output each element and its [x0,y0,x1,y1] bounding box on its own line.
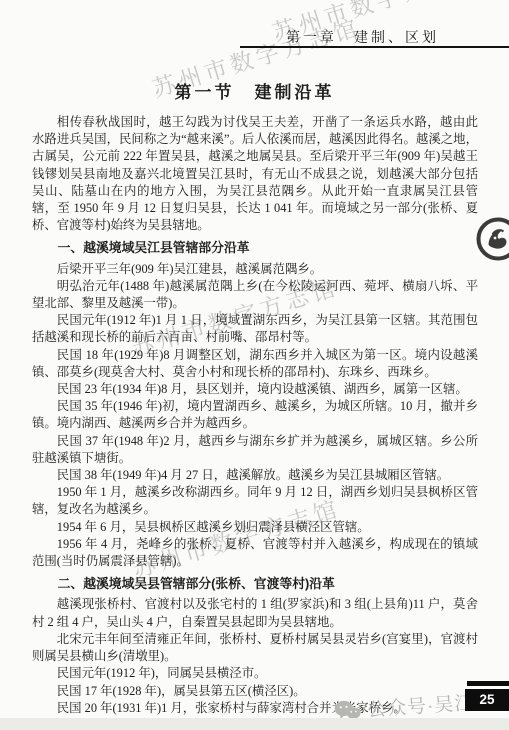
paragraph: 越溪现张桥村、官渡村以及张宅村的 1 组(罗家浜)和 3 组(上县角)11 户，… [32,596,478,630]
intro-paragraph: 相传春秋战国时，越王勾践为讨伐吴王夫差，开凿了一条运兵水路，越由此水路进兵吴国，… [32,114,478,234]
paragraph: 民国 35 年(1946 年)初，境内置湖西乡、越溪乡，为城区所辖。10 月，撤… [32,398,478,432]
chapter-running-head: 第一章 建制、区划 [286,27,439,47]
header-rule [240,46,509,48]
paragraph: 民国 38 年(1949 年)4 月 27 日，越溪解放。越溪乡为吴江县城厢区管… [32,467,478,484]
archive-seal-icon [475,216,509,262]
paragraph: 后梁开平三年(909 年)吴江建县，越溪属范隅乡。 [32,261,478,278]
page-title: 第一节 建制沿革 [0,78,509,103]
scan-edge-strip [0,718,509,730]
paragraph: 1950 年 1 月，越溪乡改称湖西乡。同年 9 月 12 日，湖西乡划归吴县枫… [32,484,478,518]
section-2-heading: 二、越溪境域吴县管辖部分(张桥、官渡等村)沿革 [32,575,478,592]
paragraph: 北宋元丰年间至清雍正年间，张桥村、夏桥村属吴县灵岩乡(宫宴里)，官渡村则属吴县横… [32,631,478,665]
document-body: 相传春秋战国时，越王勾践为讨伐吴王夫差，开凿了一条运兵水路，越由此水路进兵吴国，… [32,114,478,717]
footer-rule [467,681,509,686]
paragraph: 民国元年(1912 年)1 月 1 日，境域置湖东西乡，为吴江县第一区辖。其范围… [32,312,478,346]
paragraph: 民国 37 年(1948 年)2 月，越西乡与湖东乡扩并为越溪乡，属城区辖。乡公… [32,433,478,467]
paragraph: 民国 18 年(1929 年)8 月调整区划，湖东西乡并入城区为第一区。境内设越… [32,347,478,381]
paragraph: 明弘治元年(1488 年)越溪属范隅上乡(在今松陵运河西、菀坪、横扇八坼、平望北… [32,278,478,312]
scanned-book-page: 苏州市数字方志馆 苏州市数字方志馆 苏州市数字方志馆 苏州市数字方志馆 第一章 … [0,0,509,730]
page-number: 25 [465,689,509,711]
section-1-heading: 一、越溪境域吴江县管辖部分沿革 [32,239,478,256]
paragraph: 民国元年(1912 年)，同属吴县横泾市。 [32,665,478,682]
paragraph: 民国 23 年(1934 年)8 月，县区划并，境内设越溪镇、湖西乡，属第一区辖… [32,381,478,398]
paragraph: 1954 年 6 月，吴县枫桥区越溪乡划归震泽县横泾区管辖。 [32,519,478,536]
paragraph: 1956 年 4 月，尧峰乡的张桥、夏桥、官渡等村并入越溪乡，构成现在的镇域范围… [32,536,478,570]
